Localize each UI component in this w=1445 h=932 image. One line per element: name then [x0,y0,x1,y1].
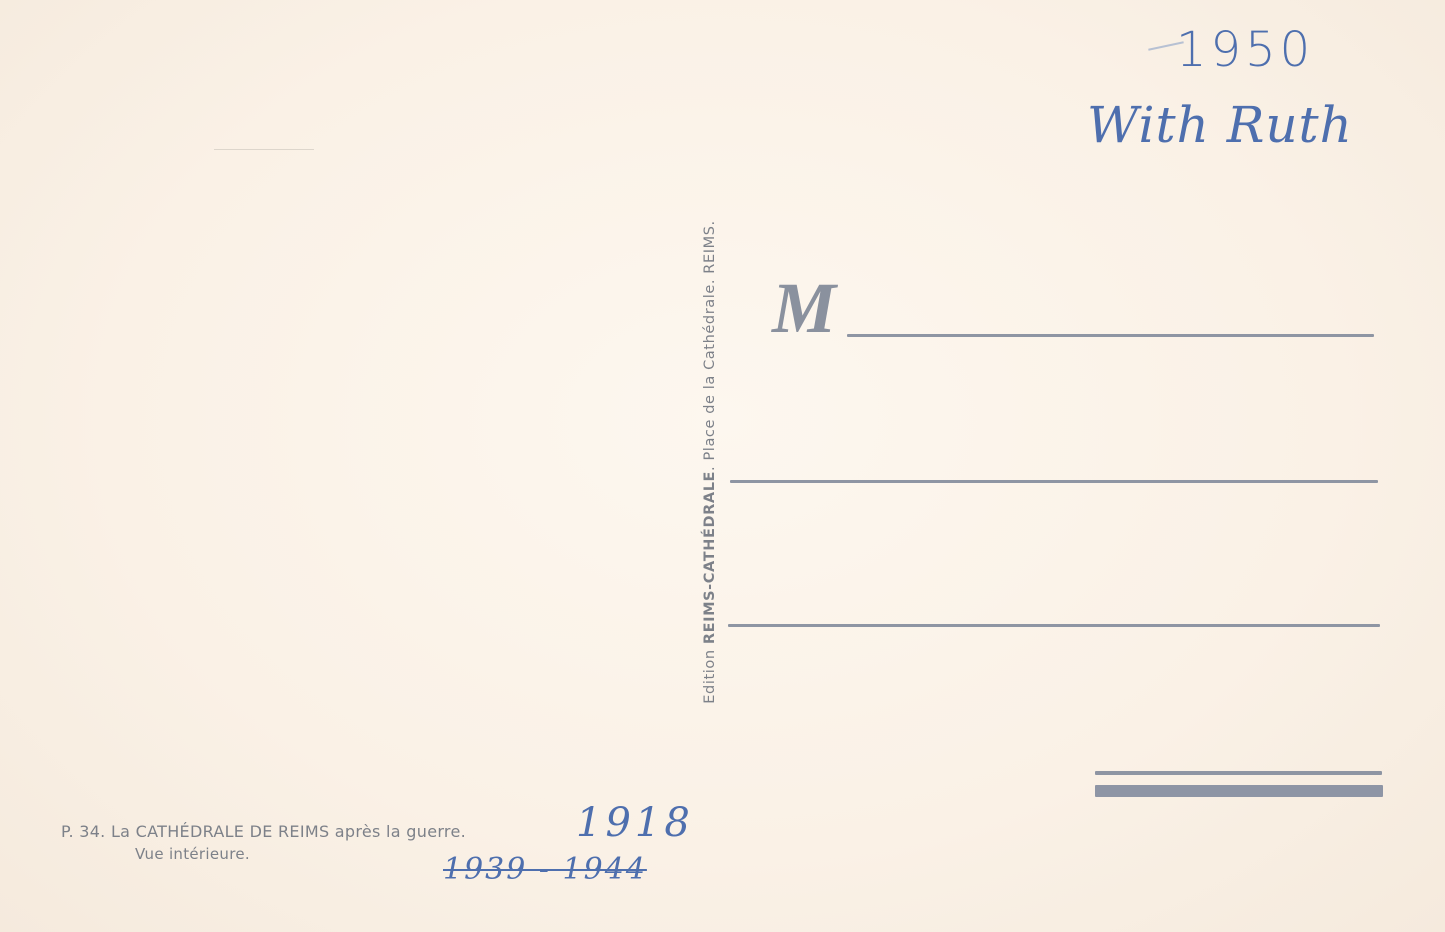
faint-mark-line [214,149,314,150]
address-line-2 [730,480,1378,483]
address-rule-thick [1095,785,1383,797]
handwritten-year-1950: 1950 [1176,22,1314,78]
address-line-1 [847,334,1374,337]
postcard-back: 1950 With Ruth Edition REIMS-CATHÉDRALE.… [0,0,1445,932]
handwritten-year-1918: 1918 [576,800,694,846]
publisher-address: . Place de la Cathédrale. REIMS. [702,220,718,471]
address-line-3 [728,624,1380,627]
caption-title: P. 34. La CATHÉDRALE DE REIMS après la g… [61,821,466,843]
publisher-imprint-vertical: Edition REIMS-CATHÉDRALE. Place de la Ca… [702,220,718,704]
publisher-prefix: Edition [702,644,718,704]
address-salutation-m: M [772,272,836,344]
card-caption: P. 34. La CATHÉDRALE DE REIMS après la g… [61,821,466,865]
handwritten-struck-years: 1939 - 1944 [443,852,647,887]
handwritten-note: With Ruth [1087,96,1353,154]
publisher-name: REIMS-CATHÉDRALE [702,471,718,644]
caption-subtitle: Vue intérieure. [61,843,466,865]
address-rule-thin [1095,771,1382,775]
